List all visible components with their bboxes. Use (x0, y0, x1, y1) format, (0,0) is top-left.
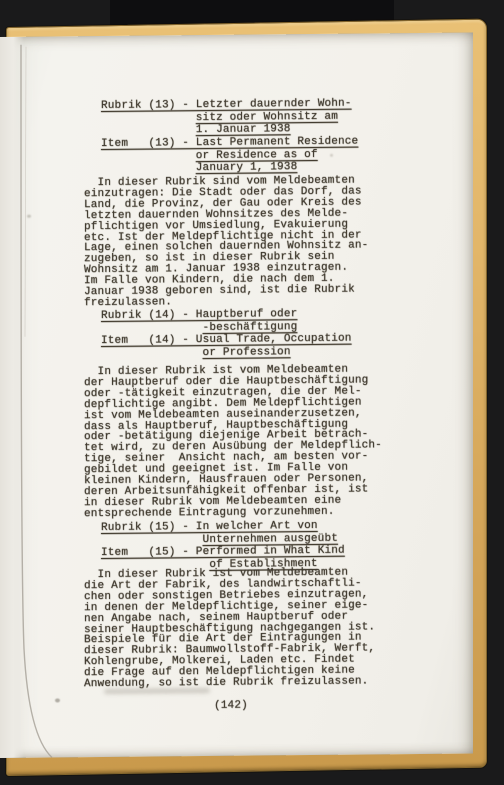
page-number: (142) (84, 701, 248, 714)
page-text: Rubrik (13) - Letzter dauernder Wohn-sit… (84, 33, 424, 757)
paper-smudge (27, 215, 31, 218)
heading-rubrik-15: Rubrik (15) - In welcher Art vonUnterneh… (84, 520, 345, 573)
paragraph-rubrik-13: In dieser Rubrik sind vom Meldebeamtenei… (84, 175, 368, 309)
book-page: Rubrik (13) - Letzter dauernder Wohn-sit… (0, 32, 473, 758)
text-line: entsprechende Eintragung vorzunehmen. (84, 506, 382, 520)
paper-smudge (55, 698, 60, 702)
scanned-book-photo: Rubrik (13) - Letzter dauernder Wohn-sit… (0, 0, 504, 785)
paragraph-rubrik-14: In dieser Rubrik ist vom Meldebeamtender… (84, 364, 382, 520)
paper-smudge (330, 154, 333, 157)
paragraph-rubrik-15: In dieser Rubrik ist vom Meldebeamtendie… (84, 567, 375, 690)
text-line: Item (13) - Last Permanent Residence (101, 136, 358, 151)
heading-rubrik-14: Rubrik (14) - Hauptberuf oder-beschäftig… (84, 308, 352, 361)
paper-smudge (104, 688, 210, 694)
text-line: January 1, 1938 (101, 161, 358, 176)
heading-rubrik-13: Rubrik (13) - Letzter dauernder Wohn-sit… (84, 98, 358, 177)
text-line: or Profession (101, 346, 352, 361)
